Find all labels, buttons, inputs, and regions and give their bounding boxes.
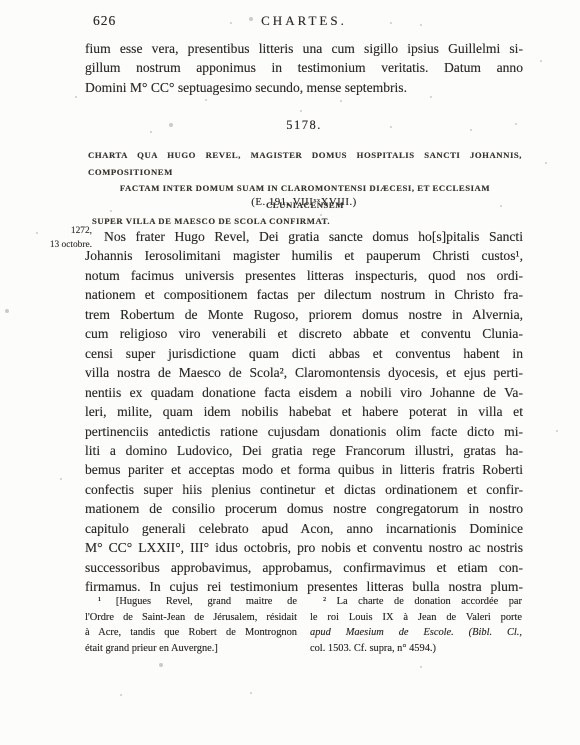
text-line: fium esse vera, presentibus litteris una… <box>85 39 523 58</box>
footnotes: ¹ [Hugues Revel, grand maitre del'Ordre … <box>85 594 523 656</box>
text-line: col. 1503. Cf. supra, n° 4594.) <box>310 641 522 657</box>
text-line: le roi Louis IX à Jean de Valeri porte <box>310 610 522 626</box>
text-line: ¹ [Hugues Revel, grand maitre de <box>85 594 297 610</box>
charter-body: Nos frater Hugo Revel, Dei gratia sancte… <box>85 227 523 597</box>
text-line: Johannis Ierosolimitani magister humilis… <box>85 246 523 265</box>
text-line: Nos frater Hugo Revel, Dei gratia sancte… <box>85 227 523 246</box>
footnote-1: ¹ [Hugues Revel, grand maitre del'Ordre … <box>85 594 297 656</box>
text-line: villa nostra de Maesco de Scola², Clarom… <box>85 363 523 382</box>
text-line: trem Robertum de Monte Rugoso, priorem d… <box>85 305 523 324</box>
text-line: liti a domino Ludovico, Dei gratia rege … <box>85 441 523 460</box>
text-line: notum facimus universis presentes litter… <box>85 266 523 285</box>
text-line: censi super jurisdictione quam dicti abb… <box>85 344 523 363</box>
text-line: capitulo generali celebrato apud Acon, a… <box>85 519 523 538</box>
text-line: était grand prieur en Auvergne.] <box>85 641 297 657</box>
scan-noise <box>0 0 2 2</box>
text-line: l'Ordre de Saint-Jean de Jérusalem, rési… <box>85 610 297 626</box>
text-line: CHARTA QUA HUGO REVEL, MAGISTER DOMUS HO… <box>88 147 522 180</box>
text-line: cum religioso viro venerabili et discret… <box>85 324 523 343</box>
text-line: apud Maesium de Escole. (Bibl. Cl., <box>310 625 522 641</box>
text-line: à Acre, tandis que Robert de Montrognon <box>85 625 297 641</box>
margin-date-day: 13 octobre. <box>18 239 92 253</box>
text-line: leri, milite, quam idem nobilis habebat … <box>85 402 523 421</box>
text-line: bemus pariter et acceptas modo et forma … <box>85 460 523 479</box>
text-line: gillum nostrum apponimus in testimonium … <box>85 58 523 77</box>
text-line: nationem et compositionem factas per dil… <box>85 285 523 304</box>
page-header: 626 CHARTES. <box>85 13 523 31</box>
text-line: Domini M° CC° septuagesimo secundo, mens… <box>85 78 523 97</box>
previous-charter-closing-paragraph: fium esse vera, presentibus litteris una… <box>85 39 523 97</box>
archival-reference: (E. 191, VIIIˣˣXVIII.) <box>85 196 523 208</box>
text-line: M° CC° LXXII°, III° idus octobris, pro n… <box>85 538 523 557</box>
text-line: ² La charte de donation accordée par <box>310 594 522 610</box>
text-line: mationem de consilio procerum domus nost… <box>85 499 523 518</box>
margin-date-year: 1272, <box>18 225 92 239</box>
charter-number: 5178. <box>85 118 523 133</box>
text-line: successoribus approbavimus, approbamus, … <box>85 558 523 577</box>
running-title: CHARTES. <box>85 13 523 29</box>
book-page-scan: 626 CHARTES. fium esse vera, presentibus… <box>0 0 580 745</box>
margin-date-note: 1272, 13 octobre. <box>18 225 92 252</box>
charter-heading: CHARTA QUA HUGO REVEL, MAGISTER DOMUS HO… <box>88 147 522 230</box>
text-line: pertinenciis antedictis ratione cujusdam… <box>85 422 523 441</box>
footnote-2: ² La charte de donation accordée parle r… <box>310 594 522 656</box>
text-line: nentiis ex quadam donatione facta eisdem… <box>85 383 523 402</box>
text-line: confectis super hiis plenius continetur … <box>85 480 523 499</box>
